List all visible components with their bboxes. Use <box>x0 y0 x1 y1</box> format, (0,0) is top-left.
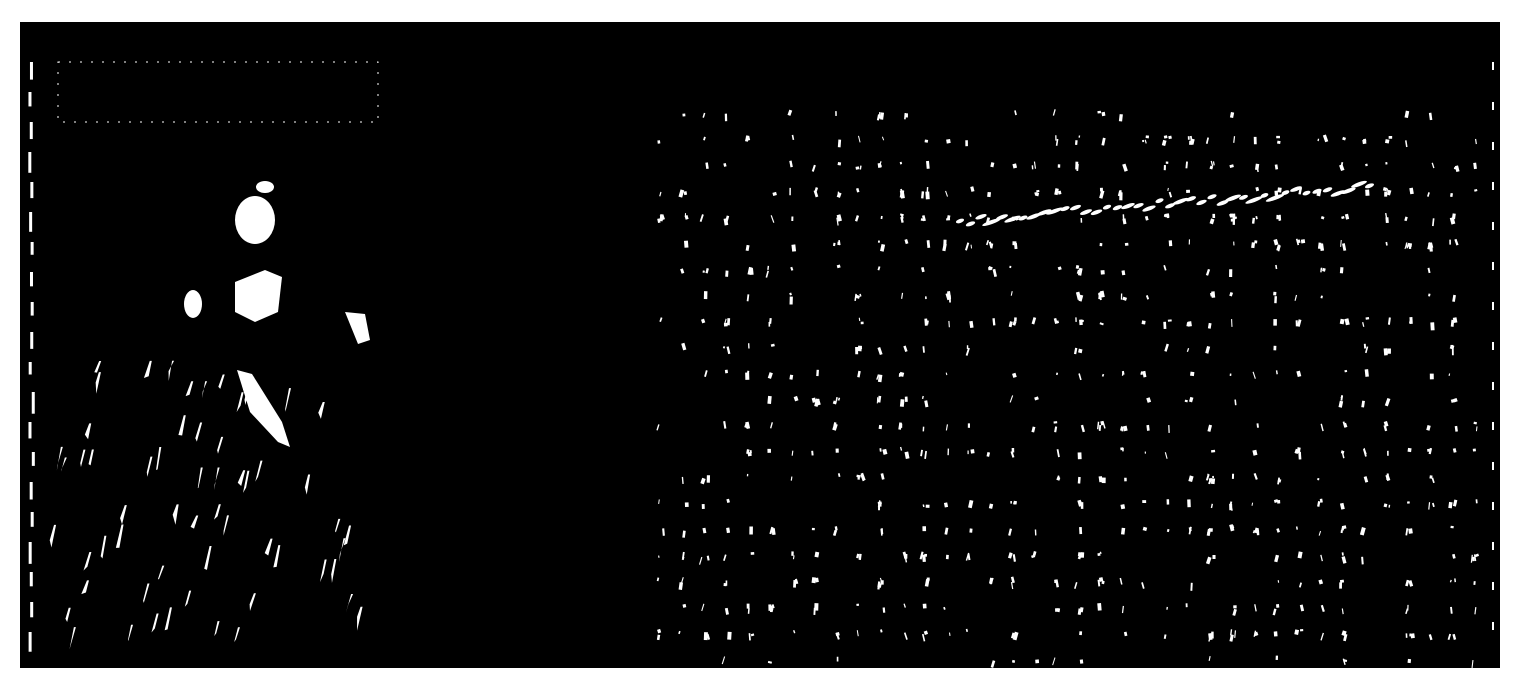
photo-art <box>20 22 1500 668</box>
halftone-photograph <box>20 22 1500 668</box>
